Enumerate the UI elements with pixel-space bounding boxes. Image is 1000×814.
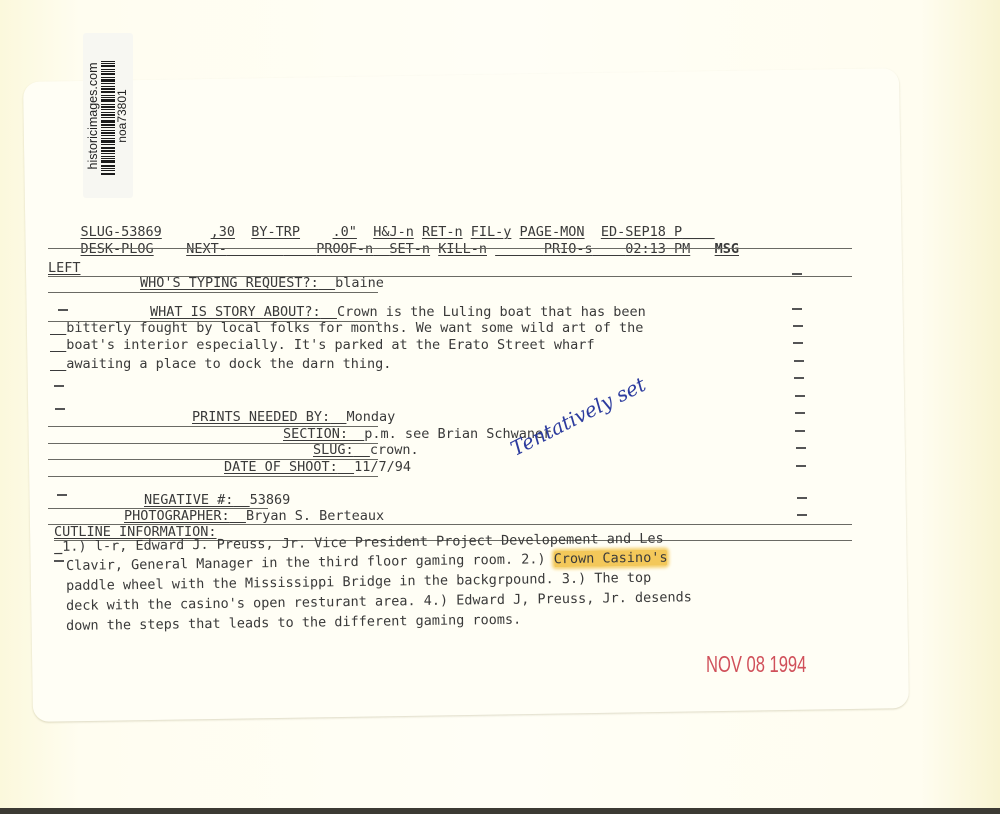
margin-dash [795,395,805,397]
date-value: 11/7/94 [354,459,411,475]
highlighted-text: Crown Casino's [554,550,668,568]
barcode-icon [101,57,115,175]
story-label: WHAT IS STORY ABOUT?: [150,304,321,320]
desk-field: DESK-PLOG [81,241,154,257]
divider [48,292,378,293]
msg-field: MSG [715,241,739,257]
left-label: LEFT [48,260,81,276]
slug-row: SLUG: crown. [313,442,419,458]
negative-row: NEGATIVE #: 53869 [144,492,290,508]
margin-dash [54,385,64,387]
slug-label: SLUG: [313,442,354,458]
prio-field: PRIO-s [544,241,593,257]
section-label: SECTION: [283,426,348,442]
date-stamp: NOV 08 1994 [706,651,806,678]
archive-barcode-label: historicimages.com noa73801 [83,33,133,198]
prints-row: PRINTS NEEDED BY: Monday [192,409,395,425]
photographer-label: PHOTOGRAPHER: [124,508,230,524]
story-row: WHAT IS STORY ABOUT?: Crown is the Lulin… [150,304,646,320]
margin-dash [55,408,65,410]
photographer-row: PHOTOGRAPHER: Bryan S. Berteaux [124,508,384,524]
date-row: DATE OF SHOOT: 11/7/94 [224,459,411,475]
negative-label: NEGATIVE #: [144,492,233,508]
margin-dash [58,309,68,311]
margin-dash [794,377,804,379]
prints-label: PRINTS NEEDED BY: [192,409,330,425]
header-row-2: DESK-PLOG NEXT- PROOF-n SET-n KILL-n PRI… [48,225,739,273]
typing-label: WHO'S TYPING REQUEST?: [140,275,319,291]
negative-value: 53869 [250,492,291,508]
typing-value: blaine [335,275,384,291]
margin-dash [792,273,802,275]
archive-code-text: noa73801 [116,89,129,142]
margin-dash [54,560,64,562]
photographer-value: Bryan S. Berteaux [246,508,384,524]
divider [48,248,852,249]
story-line-1: Crown is the Luling boat that has been [337,304,646,320]
margin-dash [793,325,803,327]
margin-dash [797,497,807,499]
time-field: 02:13 PM [625,241,690,257]
story-line-3: boat's interior especially. It's parked … [50,337,595,353]
margin-dash [792,308,802,310]
proof-field: PROOF-n [316,241,373,257]
set-field: SET-n [389,241,430,257]
margin-dash [57,494,67,496]
archive-site-text: historicimages.com [87,62,100,169]
story-line-4: awaiting a place to dock the darn thing. [50,356,391,372]
margin-dash [795,412,805,414]
margin-dash [797,514,807,516]
date-label: DATE OF SHOOT: [224,459,338,475]
margin-dash [796,465,806,467]
divider [48,476,378,477]
margin-dash [795,430,805,432]
story-line-2: bitterly fought by local folks for month… [50,320,643,336]
prints-value: Monday [346,409,395,425]
slug-value: crown. [370,442,419,458]
next-field: NEXT- [186,241,227,257]
margin-dash [793,342,803,344]
kill-field: KILL-n [438,241,487,257]
margin-dash [794,360,804,362]
typing-request-row: WHO'S TYPING REQUEST?: blaine [140,275,384,291]
scan-edge [0,808,1000,814]
margin-dash [796,447,806,449]
